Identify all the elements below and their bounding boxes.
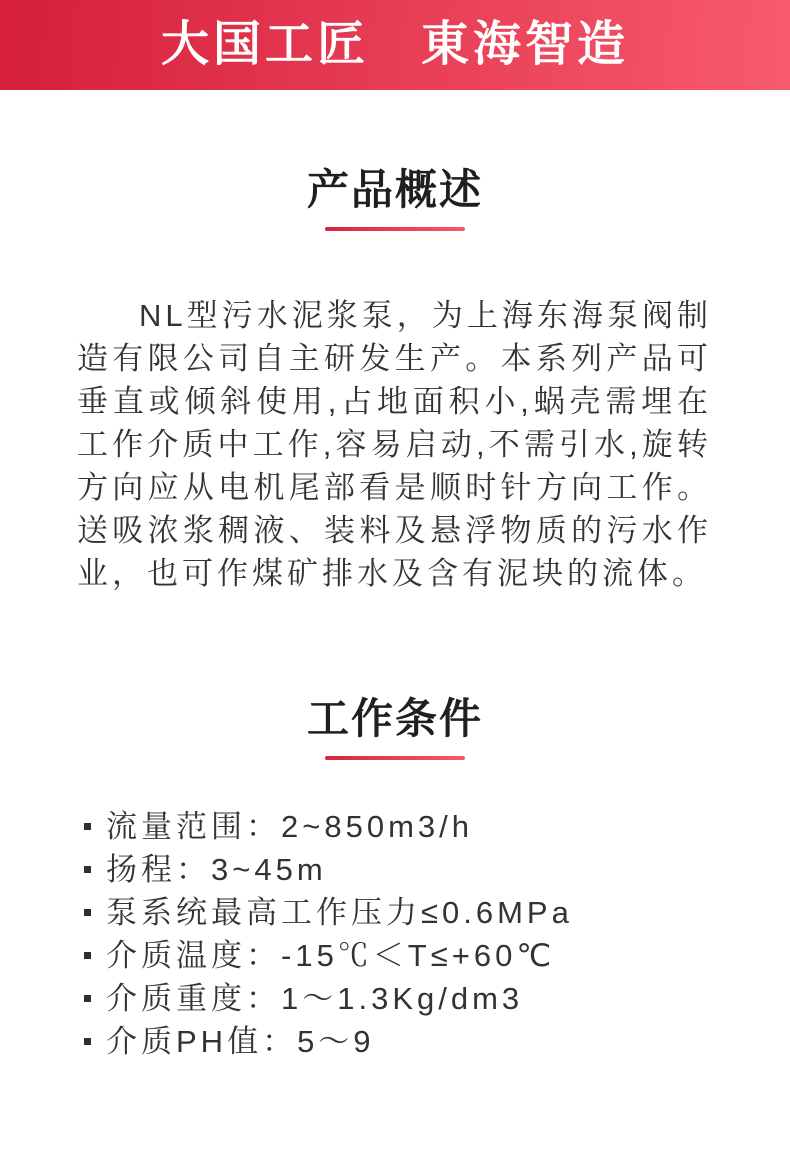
section-conditions: 工作条件 流量范围：2~850m3/h 扬程：3~45m 泵系统最高工作压力≤0… <box>0 695 790 1063</box>
overview-title: 产品概述 <box>0 166 790 214</box>
list-item: 扬程：3~45m <box>84 848 750 891</box>
banner-title: 大国工匠 東海智造 <box>161 21 629 69</box>
list-item: 介质温度：-15℃＜T≤+60℃ <box>84 934 750 977</box>
bullet-icon <box>84 823 91 830</box>
list-item: 泵系统最高工作压力≤0.6MPa <box>84 891 750 934</box>
list-item: 介质PH值：5～9 <box>84 1020 750 1063</box>
section-overview: 产品概述 NL型污水泥浆泵，为上海东海泵阀制造有限公司自主研发生产。本系列产品可… <box>0 166 790 595</box>
conditions-title-underline <box>325 756 465 760</box>
list-item-text: 介质重度：1～1.3Kg/dm3 <box>106 977 523 1020</box>
list-item-text: 扬程：3~45m <box>106 848 327 891</box>
list-item-text: 流量范围：2~850m3/h <box>106 805 473 848</box>
conditions-list: 流量范围：2~850m3/h 扬程：3~45m 泵系统最高工作压力≤0.6MPa… <box>0 805 790 1063</box>
bullet-icon <box>84 952 91 959</box>
bullet-icon <box>84 995 91 1002</box>
bullet-icon <box>84 1038 91 1045</box>
overview-body: NL型污水泥浆泵，为上海东海泵阀制造有限公司自主研发生产。本系列产品可垂直或倾斜… <box>77 294 712 595</box>
list-item: 介质重度：1～1.3Kg/dm3 <box>84 977 750 1020</box>
product-detail-page: 大国工匠 東海智造 产品概述 NL型污水泥浆泵，为上海东海泵阀制造有限公司自主研… <box>0 0 790 1160</box>
bullet-icon <box>84 909 91 916</box>
list-item: 流量范围：2~850m3/h <box>84 805 750 848</box>
overview-title-underline <box>325 227 465 231</box>
list-item-text: 泵系统最高工作压力≤0.6MPa <box>106 891 573 934</box>
list-item-text: 介质温度：-15℃＜T≤+60℃ <box>106 934 555 977</box>
bullet-icon <box>84 866 91 873</box>
conditions-title: 工作条件 <box>0 695 790 743</box>
list-item-text: 介质PH值：5～9 <box>106 1020 375 1063</box>
header-banner: 大国工匠 東海智造 <box>0 0 790 90</box>
